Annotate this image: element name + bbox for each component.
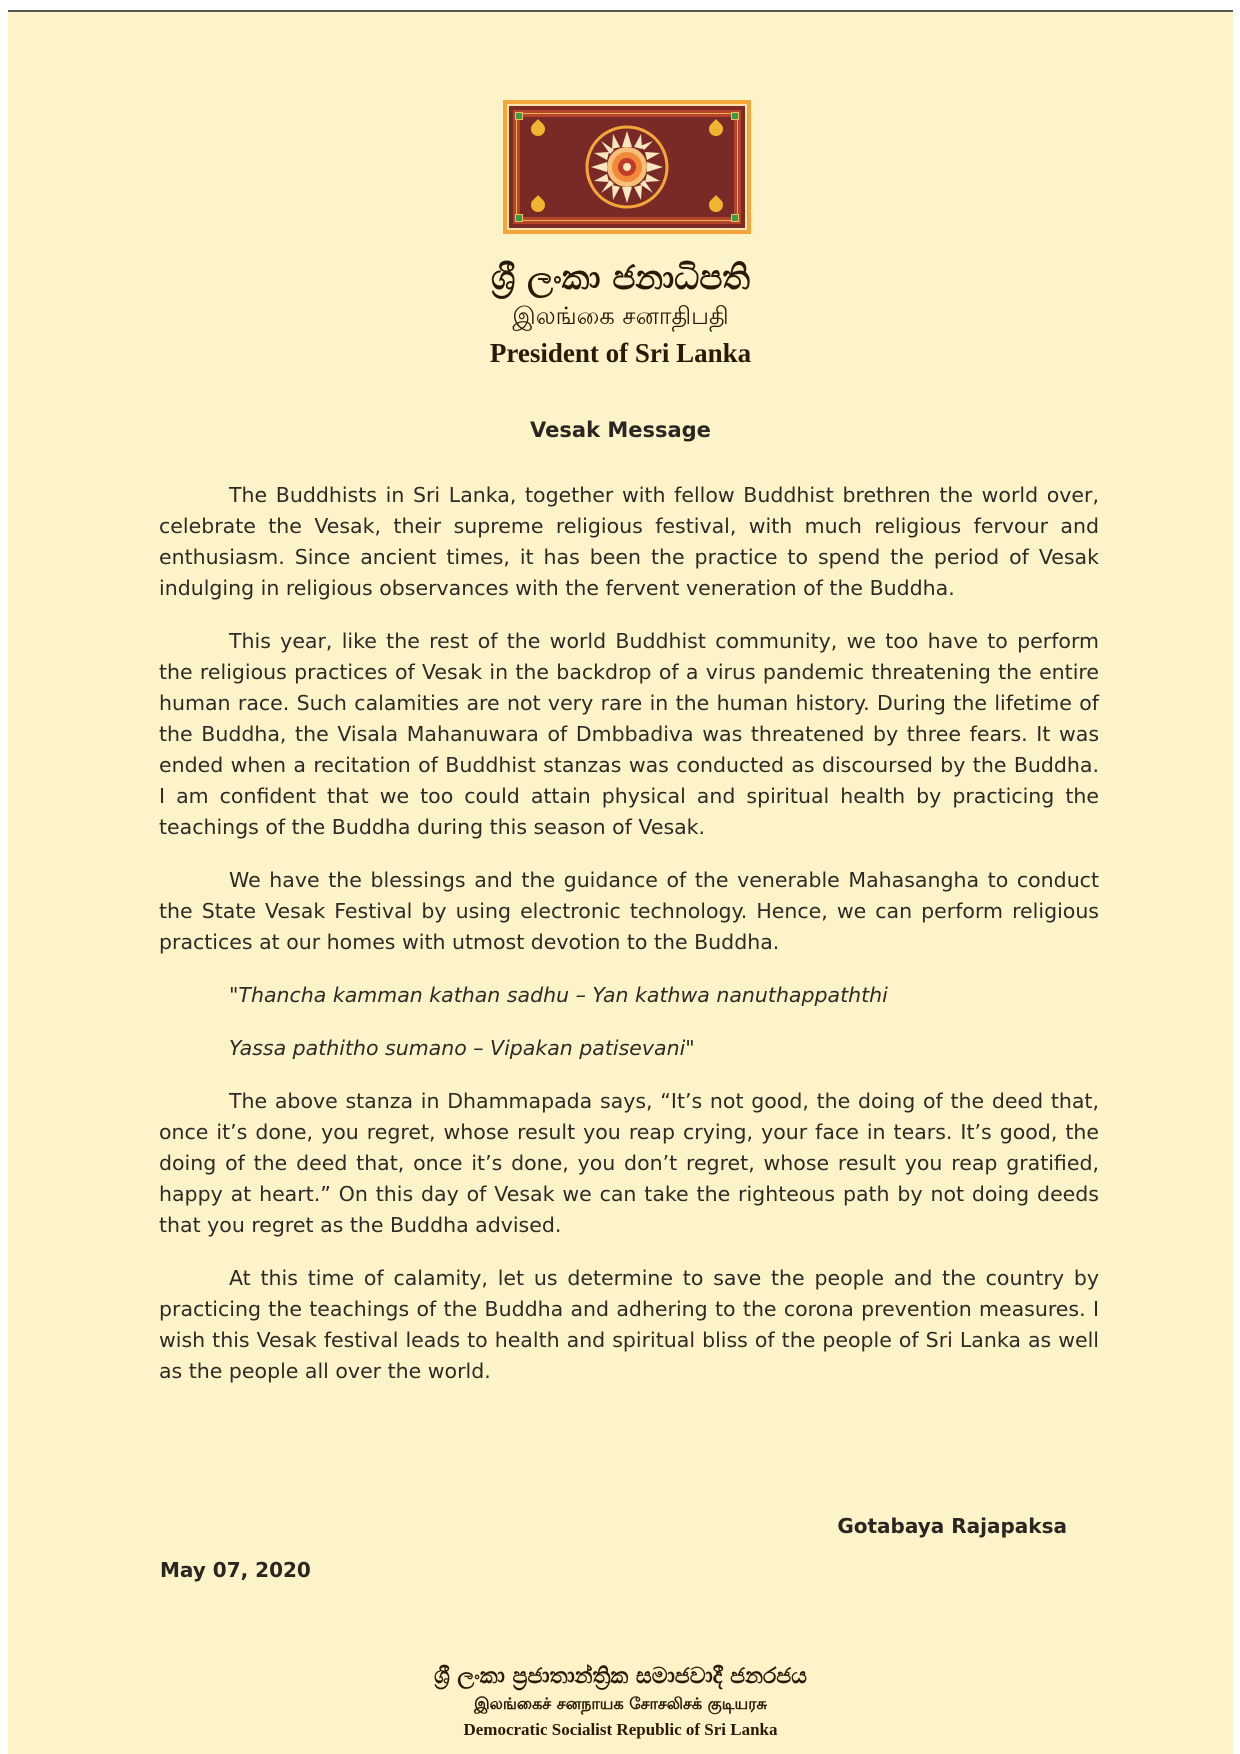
paragraph: The above stanza in Dhammapada says, “It… <box>159 1086 1099 1241</box>
letter-page: ශ්‍රී ලංකා ජනාධිපති இலங்கை சனாதிபதி Pres… <box>8 10 1233 1754</box>
corner-ornament-icon <box>515 112 523 120</box>
message-body: The Buddhists in Sri Lanka, together wit… <box>159 480 1099 1409</box>
footer-english: Democratic Socialist Republic of Sri Lan… <box>8 1720 1233 1740</box>
corner-ornament-icon <box>515 214 523 222</box>
signature-name: Gotabaya Rajapaksa <box>837 1514 1067 1538</box>
paragraph: This year, like the rest of the world Bu… <box>159 626 1099 843</box>
corner-ornament-icon <box>731 214 739 222</box>
paragraph: At this time of calamity, let us determi… <box>159 1263 1099 1387</box>
verse-line: Yassa pathitho sumano – Vipakan patiseva… <box>229 1033 1099 1064</box>
letterhead-title-sinhala: ශ්‍රී ලංකා ජනාධිපති <box>8 258 1233 298</box>
dharma-mandala-icon <box>585 125 669 209</box>
letterhead-title-english: President of Sri Lanka <box>8 338 1233 369</box>
presidential-emblem <box>503 100 751 234</box>
document-date: May 07, 2020 <box>160 1558 311 1582</box>
corner-ornament-icon <box>731 112 739 120</box>
document-heading: Vesak Message <box>8 418 1233 442</box>
verse-line: "Thancha kamman kathan sadhu – Yan kathw… <box>229 980 1099 1011</box>
footer-tamil: இலங்கைச் சனநாயக சோசலிசக் குடியரசு <box>8 1694 1233 1715</box>
paragraph: The Buddhists in Sri Lanka, together wit… <box>159 480 1099 604</box>
paragraph: We have the blessings and the guidance o… <box>159 865 1099 958</box>
footer-sinhala: ශ්‍රී ලංකා ප්‍රජාතාන්ත්‍රික සමාජවාදී ජනර… <box>8 1663 1233 1689</box>
letterhead-title-tamil: இலங்கை சனாதிபதி <box>8 302 1233 333</box>
